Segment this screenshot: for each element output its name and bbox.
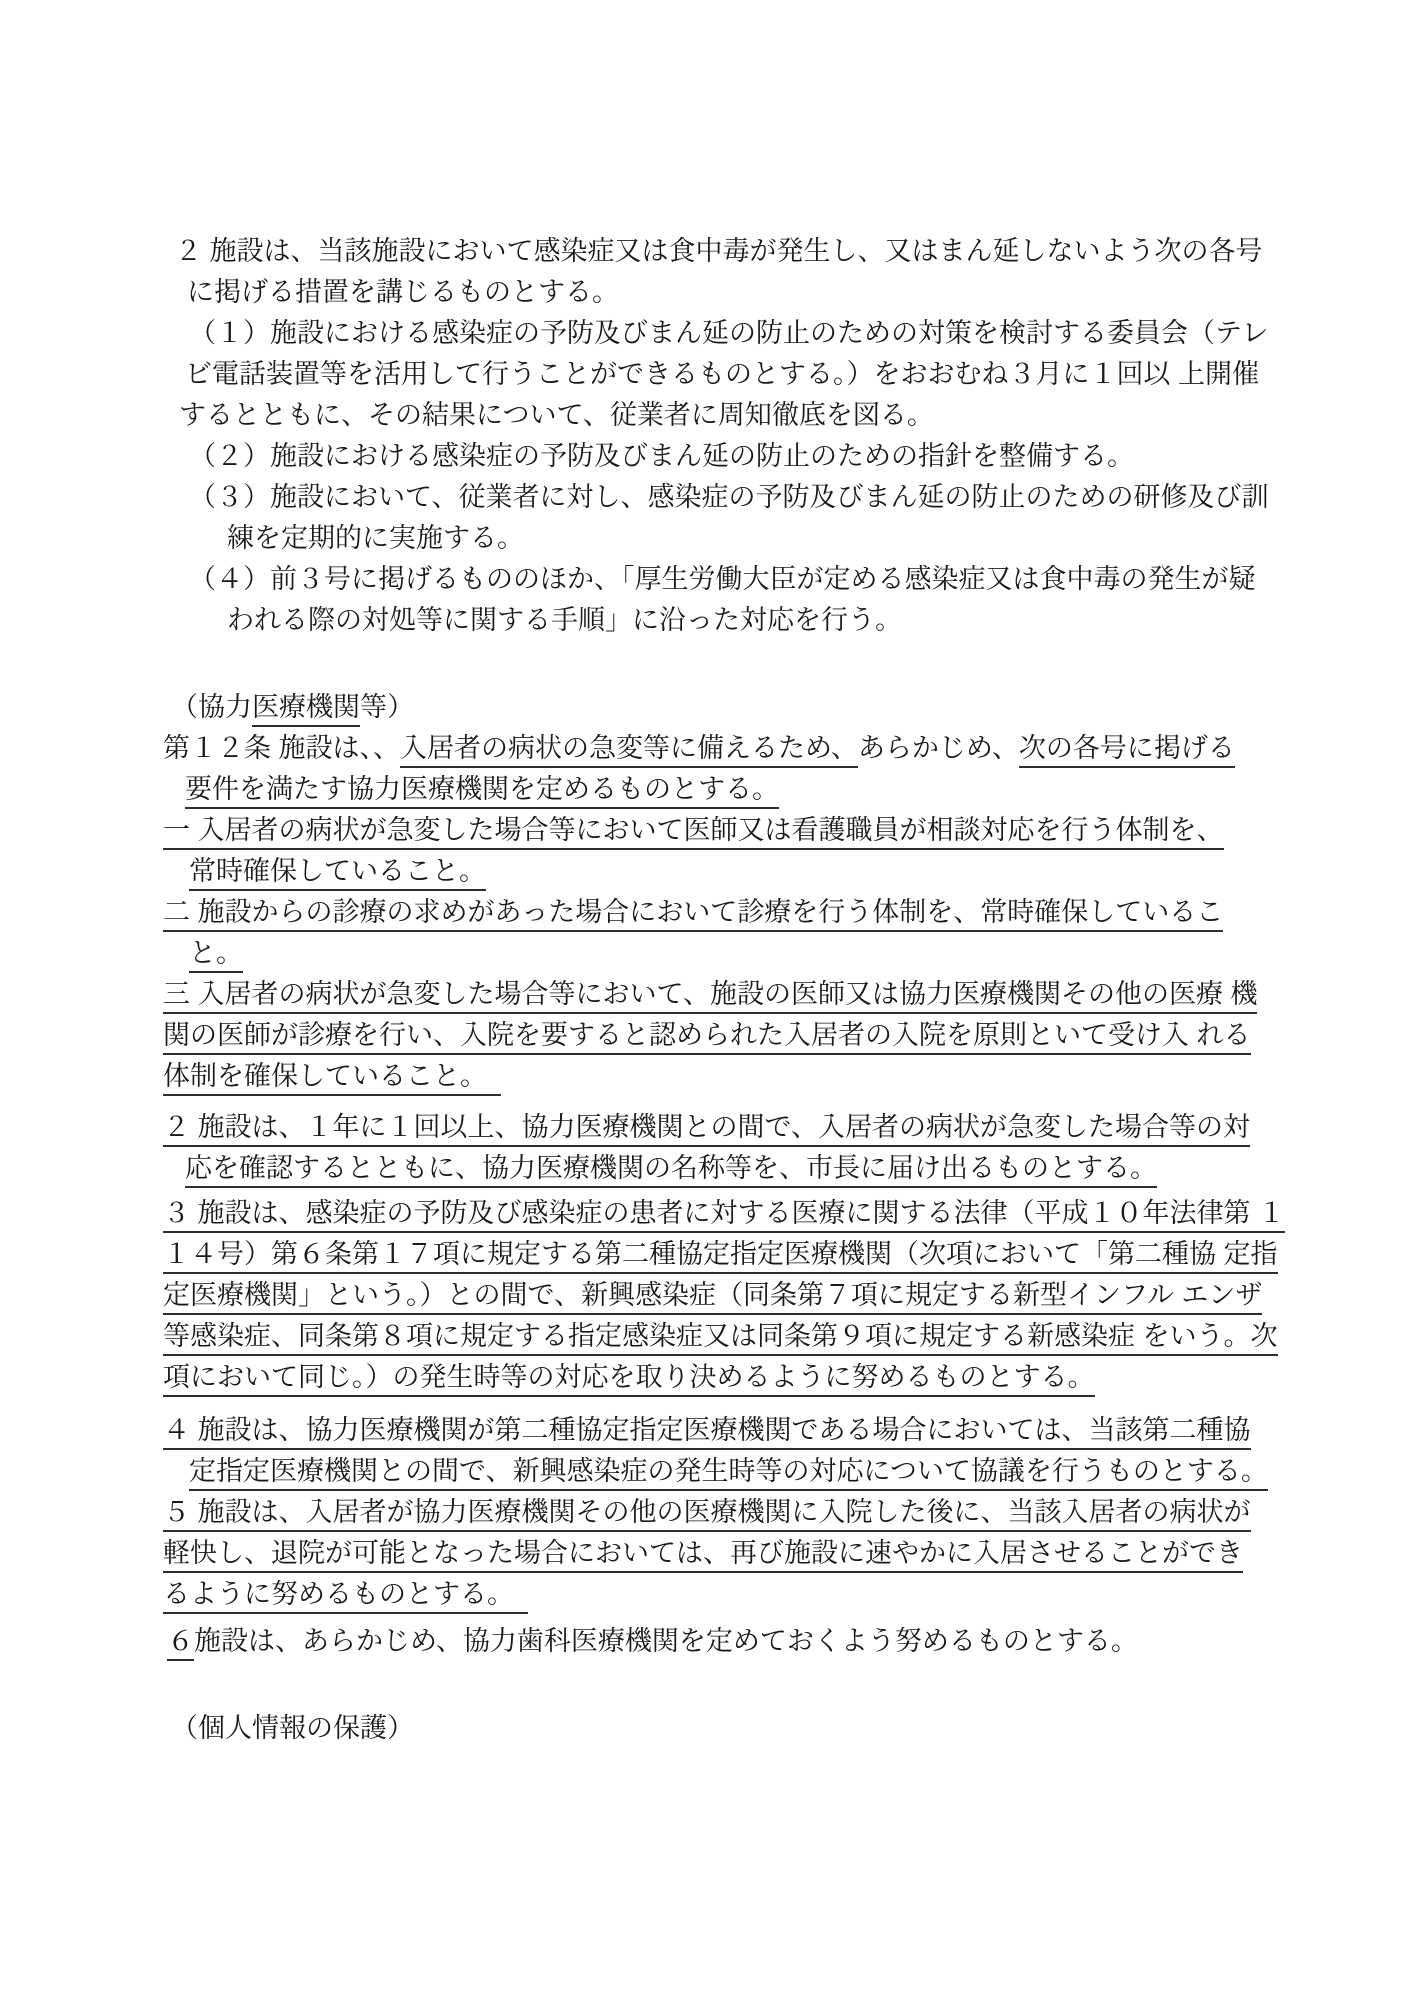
underlined-text-run: ４ 施設は、協力医療機関が第二種協定指定医療機関である場合においては、当該第二種…	[163, 1415, 1251, 1450]
article-12-item-1-line-2: 常時確保していること。	[189, 851, 1273, 892]
article-12-item-2-line-2: と。	[189, 933, 1273, 974]
text-run: （３）施設において、従業者に対し、感染症の予防及びまん延の防止のための研修及び訓	[189, 482, 1268, 512]
article-12-line-1: 第１２条 施設は、、入居者の病状の急変等に備えるため、あらかじめ、次の各号に掲げ…	[163, 728, 1273, 769]
underlined-text-run: ５ 施設は、入居者が協力医療機関その他の医療機関に入院した後に、当該入居者の病状…	[163, 1497, 1251, 1532]
item-1-line-3: するとともに、その結果について、従業者に周知徹底を図る。	[179, 395, 1273, 436]
document-page: ２ 施設は、当該施設において感染症又は食中毒が発生し、又はまん延しないよう次の各…	[0, 0, 1414, 2000]
underlined-text-run: 常時確保していること。	[189, 856, 486, 891]
underlined-text-run: と。	[189, 938, 243, 973]
article-12-item-1-line-1: 一 入居者の病状が急変した場合等において医師又は看護職員が相談対応を行う体制を、	[163, 810, 1273, 851]
text-run: （協力	[171, 692, 252, 722]
blank-line	[163, 1662, 1273, 1708]
paragraph-2-line-1: ２ 施設は、当該施設において感染症又は食中毒が発生し、又はまん延しないよう次の各…	[175, 231, 1273, 272]
underlined-text-run: 二 施設からの診療の求めがあった場合において診療を行う体制を、常時確保しているこ	[163, 897, 1223, 932]
blank-line	[163, 641, 1273, 687]
article-12-line-2: 要件を満たす協力医療機関を定めるものとする。	[185, 769, 1273, 810]
item-4-line-2: われる際の対処等に関する手順」に沿った対応を行う。	[227, 600, 1273, 641]
article-12-item-2-line-1: 二 施設からの診療の求めがあった場合において診療を行う体制を、常時確保しているこ	[163, 892, 1273, 933]
article-12-paragraph-4-line-1: ４ 施設は、協力医療機関が第二種協定指定医療機関である場合においては、当該第二種…	[163, 1410, 1273, 1451]
text-run: ビ電話装置等を活用して行うことができるものとする。）をおおむね３月に１回以 上開…	[185, 359, 1259, 389]
text-run: （１）施設における感染症の予防及びまん延の防止のための対策を検討する委員会（テレ	[189, 318, 1268, 348]
underlined-text-run: 三 入居者の病状が急変した場合等において、施設の医師又は協力医療機関その他の医療…	[163, 979, 1257, 1014]
underlined-text-run: 定医療機関」という。）との間で、新興感染症（同条第７項に規定する新型インフル エ…	[163, 1280, 1262, 1315]
text-run: われる際の対処等に関する手順」に沿った対応を行う。	[227, 605, 902, 635]
text-run: （４）前３号に掲げるもののほか、「厚生労働大臣が定める感染症又は食中毒の発生が疑	[189, 564, 1256, 594]
text-run: に掲げる措置を講じるものとする。	[187, 277, 619, 307]
text-run: ２ 施設は、当該施設において感染症又は食中毒が発生し、又はまん延しないよう次の各…	[175, 236, 1263, 266]
item-2-line-1: （２）施設における感染症の予防及びまん延の防止のための指針を整備する。	[189, 436, 1273, 477]
underlined-text-run: ２ 施設は、１年に１回以上、協力医療機関との間で、入居者の病状が急変した場合等の…	[163, 1112, 1250, 1147]
text-run: （２）施設における感染症の予防及びまん延の防止のための指針を整備する。	[189, 441, 1134, 471]
article-12-paragraph-2-line-1: ２ 施設は、１年に１回以上、協力医療機関との間で、入居者の病状が急変した場合等の…	[163, 1107, 1273, 1148]
underlined-text-run: 等感染症、同条第８項に規定する指定感染症又は同条第９項に規定する新感染症 をいう…	[163, 1321, 1278, 1356]
text-run: 施設は、あらかじめ、協力歯科医療機関を定めておくよう努めるものとする。	[194, 1626, 1138, 1656]
article-12-paragraph-3-line-5: 項において同じ。）の発生時等の対応を取り決めるように努めるものとする。	[163, 1357, 1273, 1398]
underlined-text-run: 一 入居者の病状が急変した場合等において医師又は看護職員が相談対応を行う体制を、	[163, 815, 1224, 850]
article-12-paragraph-3-line-2: １４号）第６条第１７項に規定する第二種協定指定医療機関（次項において「第二種協 …	[163, 1234, 1273, 1275]
text-run: するとともに、その結果について、従業者に周知徹底を図る。	[179, 400, 934, 430]
article-12-paragraph-5-line-2: 軽快し、退院が可能となった場合においては、再び施設に速やかに入居させることができ	[163, 1533, 1273, 1574]
section-heading-cooperative-medical-institutions: （協力医療機関等）	[171, 687, 1273, 728]
underlined-text-run: ３ 施設は、感染症の予防及び感染症の患者に対する医療に関する法律（平成１０年法律…	[163, 1198, 1285, 1233]
article-12-item-3-line-3: 体制を確保していること。	[163, 1056, 1273, 1097]
section-heading-personal-information: （個人情報の保護）	[171, 1708, 1273, 1749]
article-12-item-3-line-2: 関の医師が診療を行い、入院を要すると認められた入居者の入院を原則といて受け入 れ…	[163, 1015, 1273, 1056]
paragraph-2-line-2: に掲げる措置を講じるものとする。	[187, 272, 1273, 313]
text-run: （個人情報の保護）	[171, 1713, 414, 1743]
article-12-paragraph-4-line-2: 定指定医療機関との間で、新興感染症の発生時等の対応について協議を行うものとする。	[189, 1451, 1273, 1492]
underlined-text-run: 関の医師が診療を行い、入院を要すると認められた入居者の入院を原則といて受け入 れ…	[163, 1020, 1251, 1055]
underlined-text-run: １４号）第６条第１７項に規定する第二種協定指定医療機関（次項において「第二種協 …	[163, 1239, 1278, 1274]
article-12-paragraph-5-line-1: ５ 施設は、入居者が協力医療機関その他の医療機関に入院した後に、当該入居者の病状…	[163, 1492, 1273, 1533]
underlined-text-run: 体制を確保していること。	[163, 1061, 501, 1096]
article-12-paragraph-2-line-2: 応を確認するとともに、協力医療機関の名称等を、市長に届け出るものとする。	[185, 1148, 1273, 1189]
text-run: 練を定期的に実施する。	[227, 523, 524, 553]
underlined-text-run: 次の各号に掲げる	[1019, 733, 1235, 768]
item-3-line-1: （３）施設において、従業者に対し、感染症の予防及びまん延の防止のための研修及び訓	[189, 477, 1273, 518]
item-1-line-1: （１）施設における感染症の予防及びまん延の防止のための対策を検討する委員会（テレ	[189, 313, 1273, 354]
underlined-text-run: ６	[167, 1626, 194, 1661]
item-3-line-2: 練を定期的に実施する。	[227, 518, 1273, 559]
item-4-line-1: （４）前３号に掲げるもののほか、「厚生労働大臣が定める感染症又は食中毒の発生が疑	[189, 559, 1273, 600]
underlined-text-run: 要件を満たす協力医療機関を定めるものとする。	[185, 774, 779, 809]
underlined-text-run: 定指定医療機関との間で、新興感染症の発生時等の対応について協議を行うものとする。	[189, 1456, 1268, 1491]
article-12-paragraph-3-line-1: ３ 施設は、感染症の予防及び感染症の患者に対する医療に関する法律（平成１０年法律…	[163, 1193, 1273, 1234]
underlined-text-run: 入居者の病状の急変等に備えるため、	[400, 733, 858, 768]
article-12-paragraph-6-line-1: ６施設は、あらかじめ、協力歯科医療機関を定めておくよう努めるものとする。	[167, 1621, 1273, 1662]
article-12-paragraph-3-line-3: 定医療機関」という。）との間で、新興感染症（同条第７項に規定する新型インフル エ…	[163, 1275, 1273, 1316]
text-run: あらかじめ、	[858, 733, 1019, 763]
document-body: ２ 施設は、当該施設において感染症又は食中毒が発生し、又はまん延しないよう次の各…	[163, 231, 1273, 1749]
underlined-text-run: 項において同じ。）の発生時等の対応を取り決めるように努めるものとする。	[163, 1362, 1095, 1397]
text-run: 第１２条 施設は、、	[163, 733, 400, 763]
underlined-text-run: るように努めるものとする。	[163, 1579, 528, 1614]
text-run: 等）	[360, 692, 414, 722]
underlined-text-run: 応を確認するとともに、協力医療機関の名称等を、市長に届け出るものとする。	[185, 1153, 1157, 1188]
article-12-paragraph-5-line-3: るように努めるものとする。	[163, 1574, 1273, 1615]
underlined-text-run: 医療機関	[252, 692, 360, 727]
article-12-item-3-line-1: 三 入居者の病状が急変した場合等において、施設の医師又は協力医療機関その他の医療…	[163, 974, 1273, 1015]
underlined-text-run: 軽快し、退院が可能となった場合においては、再び施設に速やかに入居させることができ	[163, 1538, 1243, 1573]
article-12-paragraph-3-line-4: 等感染症、同条第８項に規定する指定感染症又は同条第９項に規定する新感染症 をいう…	[163, 1316, 1273, 1357]
item-1-line-2: ビ電話装置等を活用して行うことができるものとする。）をおおむね３月に１回以 上開…	[185, 354, 1273, 395]
